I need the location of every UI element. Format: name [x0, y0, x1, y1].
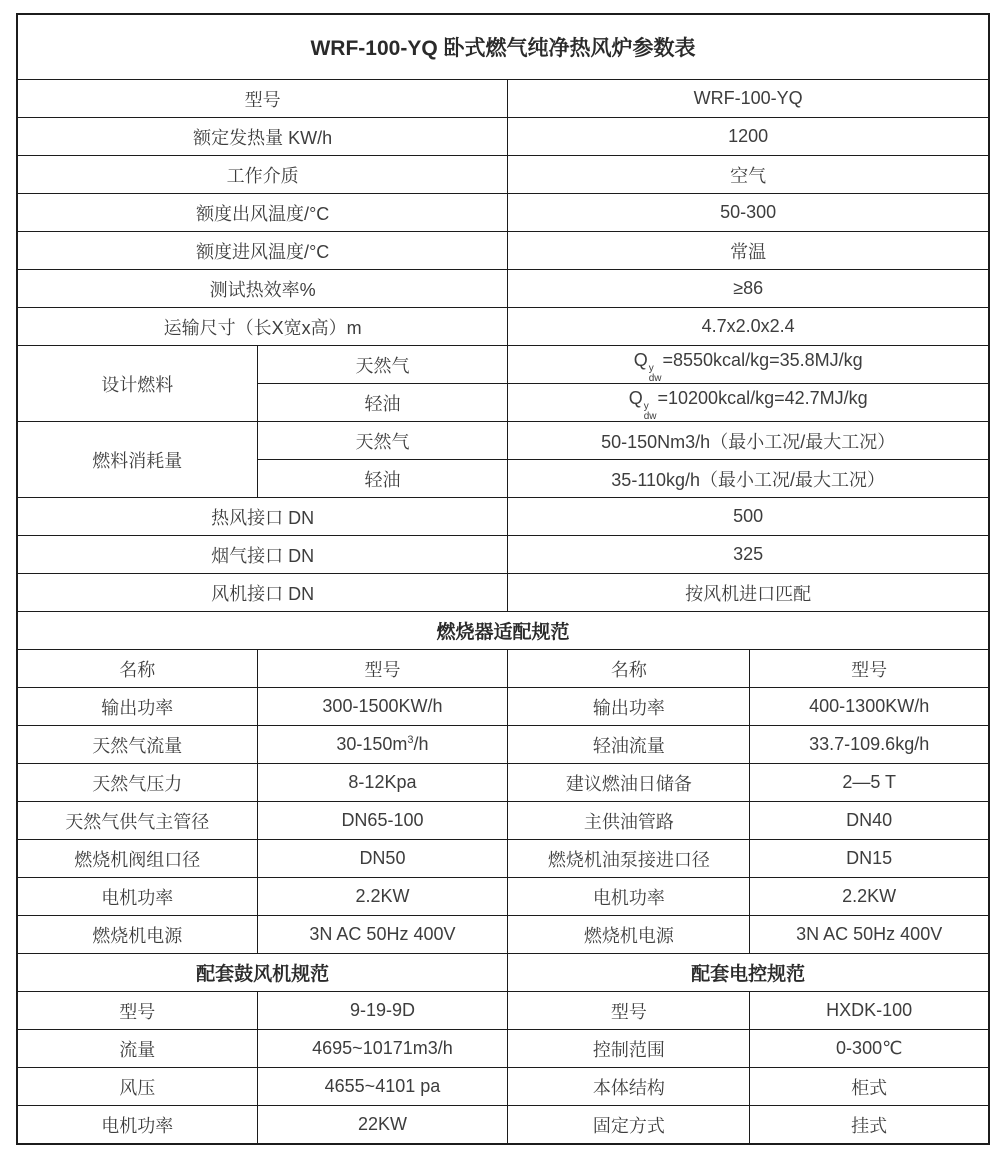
spec-value: ≥86 — [508, 270, 989, 308]
burner-cell: 轻油流量 — [508, 726, 750, 764]
burner-cell: 燃烧机电源 — [17, 916, 257, 954]
burner-cell: DN50 — [257, 840, 508, 878]
burner-header-model: 型号 — [257, 650, 508, 688]
table-title-row: WRF-100-YQ 卧式燃气纯净热风炉参数表 — [17, 14, 989, 80]
port-label: 风机接口 DN — [17, 574, 508, 612]
spec-label: 运输尺寸（长X宽x高）m — [17, 308, 508, 346]
port-row-hot-air: 热风接口 DN 500 — [17, 498, 989, 536]
burner-cell: 2.2KW — [750, 878, 989, 916]
spec-row-outlet-temp: 额度出风温度/°C 50-300 — [17, 194, 989, 232]
accessory-cell: 9-19-9D — [257, 992, 508, 1030]
q-equation: =10200kcal/kg=42.7MJ/kg — [658, 388, 868, 408]
accessory-cell: 0-300℃ — [750, 1030, 989, 1068]
spec-value: WRF-100-YQ — [508, 80, 989, 118]
design-fuel-type: 轻油 — [257, 384, 508, 422]
accessory-cell: 型号 — [17, 992, 257, 1030]
burner-section-title-row: 燃烧器适配规范 — [17, 612, 989, 650]
burner-row-valve-diameter: 燃烧机阀组口径 DN50 燃烧机油泵接进口径 DN15 — [17, 840, 989, 878]
q-symbol: Q — [634, 350, 648, 370]
burner-row-motor-power: 电机功率 2.2KW 电机功率 2.2KW — [17, 878, 989, 916]
burner-cell: 2—5 T — [750, 764, 989, 802]
accessory-section-title-row: 配套鼓风机规范 配套电控规范 — [17, 954, 989, 992]
fuel-consumption-label: 燃料消耗量 — [17, 422, 257, 498]
spec-row-inlet-temp: 额度进风温度/°C 常温 — [17, 232, 989, 270]
blower-section-title: 配套鼓风机规范 — [17, 954, 508, 992]
accessory-cell: 本体结构 — [508, 1068, 750, 1106]
accessory-cell: 流量 — [17, 1030, 257, 1068]
q-sup-sub: ydw — [644, 402, 657, 417]
page: WRF-100-YQ 卧式燃气纯净热风炉参数表 型号 WRF-100-YQ 额定… — [0, 0, 1000, 1145]
spec-label: 测试热效率% — [17, 270, 508, 308]
spec-row-thermal-efficiency: 测试热效率% ≥86 — [17, 270, 989, 308]
burner-cell: 天然气压力 — [17, 764, 257, 802]
burner-cell: 300-1500KW/h — [257, 688, 508, 726]
design-fuel-row-gas: 设计燃料 天然气 Qydw=8550kcal/kg=35.8MJ/kg — [17, 346, 989, 384]
accessory-cell: 4655~4101 pa — [257, 1068, 508, 1106]
spec-value: 50-300 — [508, 194, 989, 232]
burner-cell: 建议燃油日储备 — [508, 764, 750, 802]
fuel-consumption-value: 50-150Nm3/h（最小工况/最大工况） — [508, 422, 989, 460]
spec-value: 4.7x2.0x2.4 — [508, 308, 989, 346]
spec-label: 额度进风温度/°C — [17, 232, 508, 270]
q-symbol: Q — [629, 388, 643, 408]
burner-cell: 输出功率 — [17, 688, 257, 726]
burner-cell: 8-12Kpa — [257, 764, 508, 802]
accessory-cell: 22KW — [257, 1106, 508, 1145]
accessory-row-motor-power: 电机功率 22KW 固定方式 挂式 — [17, 1106, 989, 1145]
burner-cell: 主供油管路 — [508, 802, 750, 840]
burner-cell: 3N AC 50Hz 400V — [257, 916, 508, 954]
design-fuel-value: Qydw=10200kcal/kg=42.7MJ/kg — [508, 384, 989, 422]
accessory-cell: 柜式 — [750, 1068, 989, 1106]
accessory-cell: 风压 — [17, 1068, 257, 1106]
accessory-cell: 挂式 — [750, 1106, 989, 1145]
burner-row-power-supply: 燃烧机电源 3N AC 50Hz 400V 燃烧机电源 3N AC 50Hz 4… — [17, 916, 989, 954]
burner-cell: 燃烧机电源 — [508, 916, 750, 954]
spec-row-working-medium: 工作介质 空气 — [17, 156, 989, 194]
accessory-row-pressure: 风压 4655~4101 pa 本体结构 柜式 — [17, 1068, 989, 1106]
accessory-cell: 4695~10171m3/h — [257, 1030, 508, 1068]
burner-cell: 天然气流量 — [17, 726, 257, 764]
port-value: 按风机进口匹配 — [508, 574, 989, 612]
spec-label: 型号 — [17, 80, 508, 118]
accessory-row-flow: 流量 4695~10171m3/h 控制范围 0-300℃ — [17, 1030, 989, 1068]
burner-cell: 2.2KW — [257, 878, 508, 916]
burner-section-title: 燃烧器适配规范 — [17, 612, 989, 650]
burner-header-name: 名称 — [508, 650, 750, 688]
design-fuel-label: 设计燃料 — [17, 346, 257, 422]
burner-header-name: 名称 — [17, 650, 257, 688]
accessory-row-model: 型号 9-19-9D 型号 HXDK-100 — [17, 992, 989, 1030]
spec-value: 空气 — [508, 156, 989, 194]
parameter-table: WRF-100-YQ 卧式燃气纯净热风炉参数表 型号 WRF-100-YQ 额定… — [16, 13, 990, 1145]
burner-row-output-power: 输出功率 300-1500KW/h 输出功率 400-1300KW/h — [17, 688, 989, 726]
burner-row-flow: 天然气流量 30-150m3/h 轻油流量 33.7-109.6kg/h — [17, 726, 989, 764]
fuel-consumption-type: 轻油 — [257, 460, 508, 498]
table-title: WRF-100-YQ 卧式燃气纯净热风炉参数表 — [17, 14, 989, 80]
burner-cell: DN15 — [750, 840, 989, 878]
design-fuel-value: Qydw=8550kcal/kg=35.8MJ/kg — [508, 346, 989, 384]
burner-cell: 3N AC 50Hz 400V — [750, 916, 989, 954]
accessory-cell: HXDK-100 — [750, 992, 989, 1030]
spec-label: 额度出风温度/°C — [17, 194, 508, 232]
burner-header-model: 型号 — [750, 650, 989, 688]
q-sup-sub: ydw — [649, 364, 662, 379]
spec-row-rated-heat: 额定发热量 KW/h 1200 — [17, 118, 989, 156]
burner-cell: 天然气供气主管径 — [17, 802, 257, 840]
burner-cell: DN40 — [750, 802, 989, 840]
accessory-cell: 固定方式 — [508, 1106, 750, 1145]
spec-value: 1200 — [508, 118, 989, 156]
fuel-consumption-type: 天然气 — [257, 422, 508, 460]
burner-header-row: 名称 型号 名称 型号 — [17, 650, 989, 688]
fuel-consumption-row-gas: 燃料消耗量 天然气 50-150Nm3/h（最小工况/最大工况） — [17, 422, 989, 460]
design-fuel-type: 天然气 — [257, 346, 508, 384]
control-section-title: 配套电控规范 — [508, 954, 989, 992]
accessory-cell: 控制范围 — [508, 1030, 750, 1068]
spec-label: 额定发热量 KW/h — [17, 118, 508, 156]
burner-cell: 燃烧机油泵接进口径 — [508, 840, 750, 878]
port-value: 500 — [508, 498, 989, 536]
burner-cell: 400-1300KW/h — [750, 688, 989, 726]
burner-cell: 电机功率 — [508, 878, 750, 916]
burner-cell: 33.7-109.6kg/h — [750, 726, 989, 764]
burner-cell: DN65-100 — [257, 802, 508, 840]
burner-cell: 输出功率 — [508, 688, 750, 726]
accessory-cell: 型号 — [508, 992, 750, 1030]
accessory-cell: 电机功率 — [17, 1106, 257, 1145]
burner-cell: 燃烧机阀组口径 — [17, 840, 257, 878]
spec-label: 工作介质 — [17, 156, 508, 194]
burner-row-pressure: 天然气压力 8-12Kpa 建议燃油日储备 2—5 T — [17, 764, 989, 802]
port-label: 热风接口 DN — [17, 498, 508, 536]
spec-row-model: 型号 WRF-100-YQ — [17, 80, 989, 118]
port-value: 325 — [508, 536, 989, 574]
burner-cell: 电机功率 — [17, 878, 257, 916]
burner-cell: 30-150m3/h — [257, 726, 508, 764]
burner-row-supply-pipe: 天然气供气主管径 DN65-100 主供油管路 DN40 — [17, 802, 989, 840]
port-row-fan: 风机接口 DN 按风机进口匹配 — [17, 574, 989, 612]
spec-value: 常温 — [508, 232, 989, 270]
fuel-consumption-value: 35-110kg/h（最小工况/最大工况） — [508, 460, 989, 498]
port-label: 烟气接口 DN — [17, 536, 508, 574]
spec-row-transport-size: 运输尺寸（长X宽x高）m 4.7x2.0x2.4 — [17, 308, 989, 346]
port-row-flue-gas: 烟气接口 DN 325 — [17, 536, 989, 574]
q-equation: =8550kcal/kg=35.8MJ/kg — [663, 350, 863, 370]
